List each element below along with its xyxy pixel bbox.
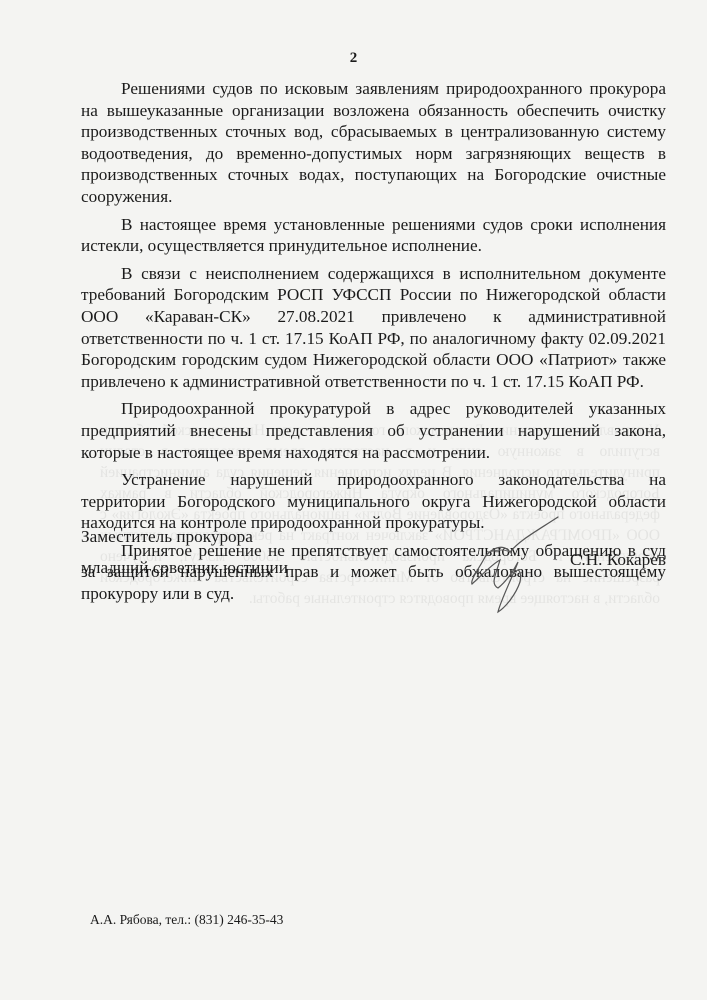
paragraph: Решениями судов по исковым заявлениям пр… <box>81 78 666 208</box>
signatory-rank: младший советник юстиции <box>81 558 288 578</box>
document-page: Установленное решение Богородского город… <box>0 0 707 1000</box>
paragraph: Природоохранной прокуратурой в адрес рук… <box>81 398 666 463</box>
signatory-title: Заместитель прокурора <box>81 527 253 547</box>
paragraph: В связи с неисполнением содержащихся в и… <box>81 263 666 393</box>
handwritten-signature <box>440 512 580 622</box>
signatory-name: С.Н. Кокарев <box>570 550 666 570</box>
page-number: 2 <box>0 50 707 67</box>
contact-info: А.А. Рябова, тел.: (831) 246-35-43 <box>90 912 283 928</box>
paragraph: В настоящее время установленные решениям… <box>81 214 666 257</box>
